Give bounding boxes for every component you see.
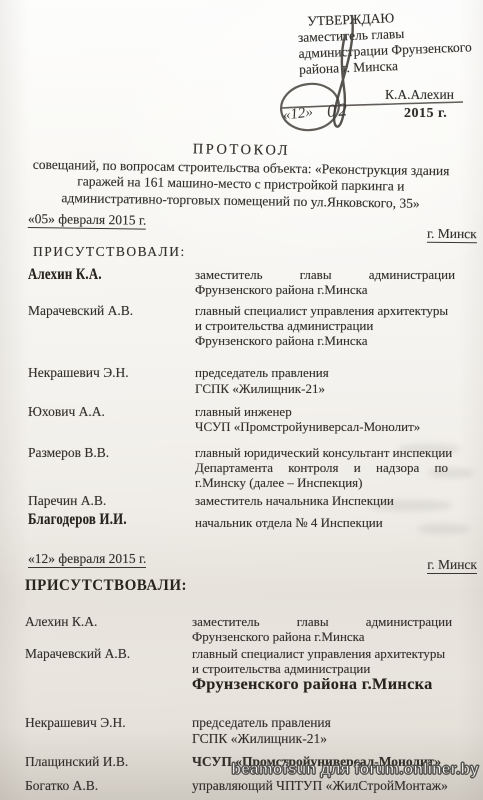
attendee-row: Богатко А.В. управляющий ЧПТУП «ЖилСтрой… — [25, 778, 467, 794]
handwritten-day: «12» — [282, 104, 314, 125]
attendee-row: Благодеров И.И. начальник отдела № 4 Инс… — [28, 515, 469, 530]
attendee-row: Алехин К.А. заместитель главы администра… — [28, 267, 469, 298]
attendee-row: Некрашевич Э.Н. председатель правления Г… — [28, 365, 469, 396]
attendee-name: Юхович А.А. — [28, 404, 195, 419]
attendee-row: Алехин К.А. заместитель главы администра… — [25, 614, 467, 645]
handwritten-month: 02 — [326, 99, 350, 122]
meeting1-city: г. Минск — [427, 226, 477, 243]
meeting2-date: «12» февраля 2015 г. — [28, 551, 146, 568]
meeting1-attendees: Алехин К.А. заместитель главы администра… — [28, 267, 469, 530]
attendee-name: Благодеров И.И. — [28, 512, 162, 527]
attendee-position: заместитель главы администрации Фрунзенс… — [192, 614, 467, 645]
attendee-name: Некрашевич Э.Н. — [28, 365, 195, 380]
watermark-text: beamofsun для forum.onliner.by — [232, 761, 479, 779]
meeting1-date: «05» февраля 2015 г. — [28, 211, 147, 230]
attendee-name: Размеров В.В. — [28, 445, 195, 460]
meeting1-present-label: ПРИСУТСТВОВАЛИ: — [33, 244, 186, 260]
attendee-name: Алехин К.А. — [25, 614, 192, 629]
attendee-name: Алехин К.А. — [28, 267, 162, 282]
bleed-through-mark — [398, 444, 460, 454]
attendee-position: главный специалист управления архитектур… — [195, 303, 469, 349]
attendee-name: Плащинский И.В. — [25, 754, 192, 769]
signer-name: К.А.Алехин — [385, 87, 454, 103]
attendee-name: Паречин А.В. — [28, 493, 195, 508]
scanned-protocol-document: УТВЕРЖДАЮ заместитель главы администраци… — [0, 0, 483, 800]
attendee-position: главный инженер ЧСУП «Промстройуниверсал… — [195, 404, 469, 435]
attendee-position: управляющий ЧПТУП «ЖилСтройМонтаж» — [192, 778, 467, 794]
bleed-through-mark — [368, 500, 452, 511]
meeting2-city: г. Минск — [427, 557, 477, 574]
attendee-row: Марачевский А.В. главный специалист упра… — [25, 646, 467, 695]
document-title-block: ПРОТОКОЛ совещаний, по вопросам строител… — [14, 138, 468, 212]
attendee-position: председатель правления ГСПК «Жилищник-21… — [192, 715, 467, 747]
meeting2-present-label: ПРИСУТСТВОВАЛИ: — [25, 577, 187, 595]
attendee-position: председатель правления ГСПК «Жилищник-21… — [195, 365, 469, 396]
attendee-name: Марачевский А.В. — [25, 646, 192, 661]
bleed-through-mark — [428, 468, 474, 478]
attendee-position: главный специалист управления архитектур… — [192, 646, 467, 695]
attendee-name: Марачевский А.В. — [28, 303, 195, 318]
bleed-through-mark — [418, 524, 470, 534]
attendee-name: Некрашевич Э.Н. — [25, 715, 192, 730]
attendee-row: Некрашевич Э.Н. председатель правления Г… — [25, 715, 467, 747]
attendee-row: Юхович А.А. главный инженер ЧСУП «Промст… — [28, 404, 469, 435]
attendee-position: заместитель главы администрации Фрунзенс… — [195, 267, 469, 298]
stamp-year: 2015 г. — [404, 106, 447, 122]
attendee-row: Марачевский А.В. главный специалист упра… — [28, 303, 469, 349]
attendee-name: Богатко А.В. — [25, 778, 192, 793]
